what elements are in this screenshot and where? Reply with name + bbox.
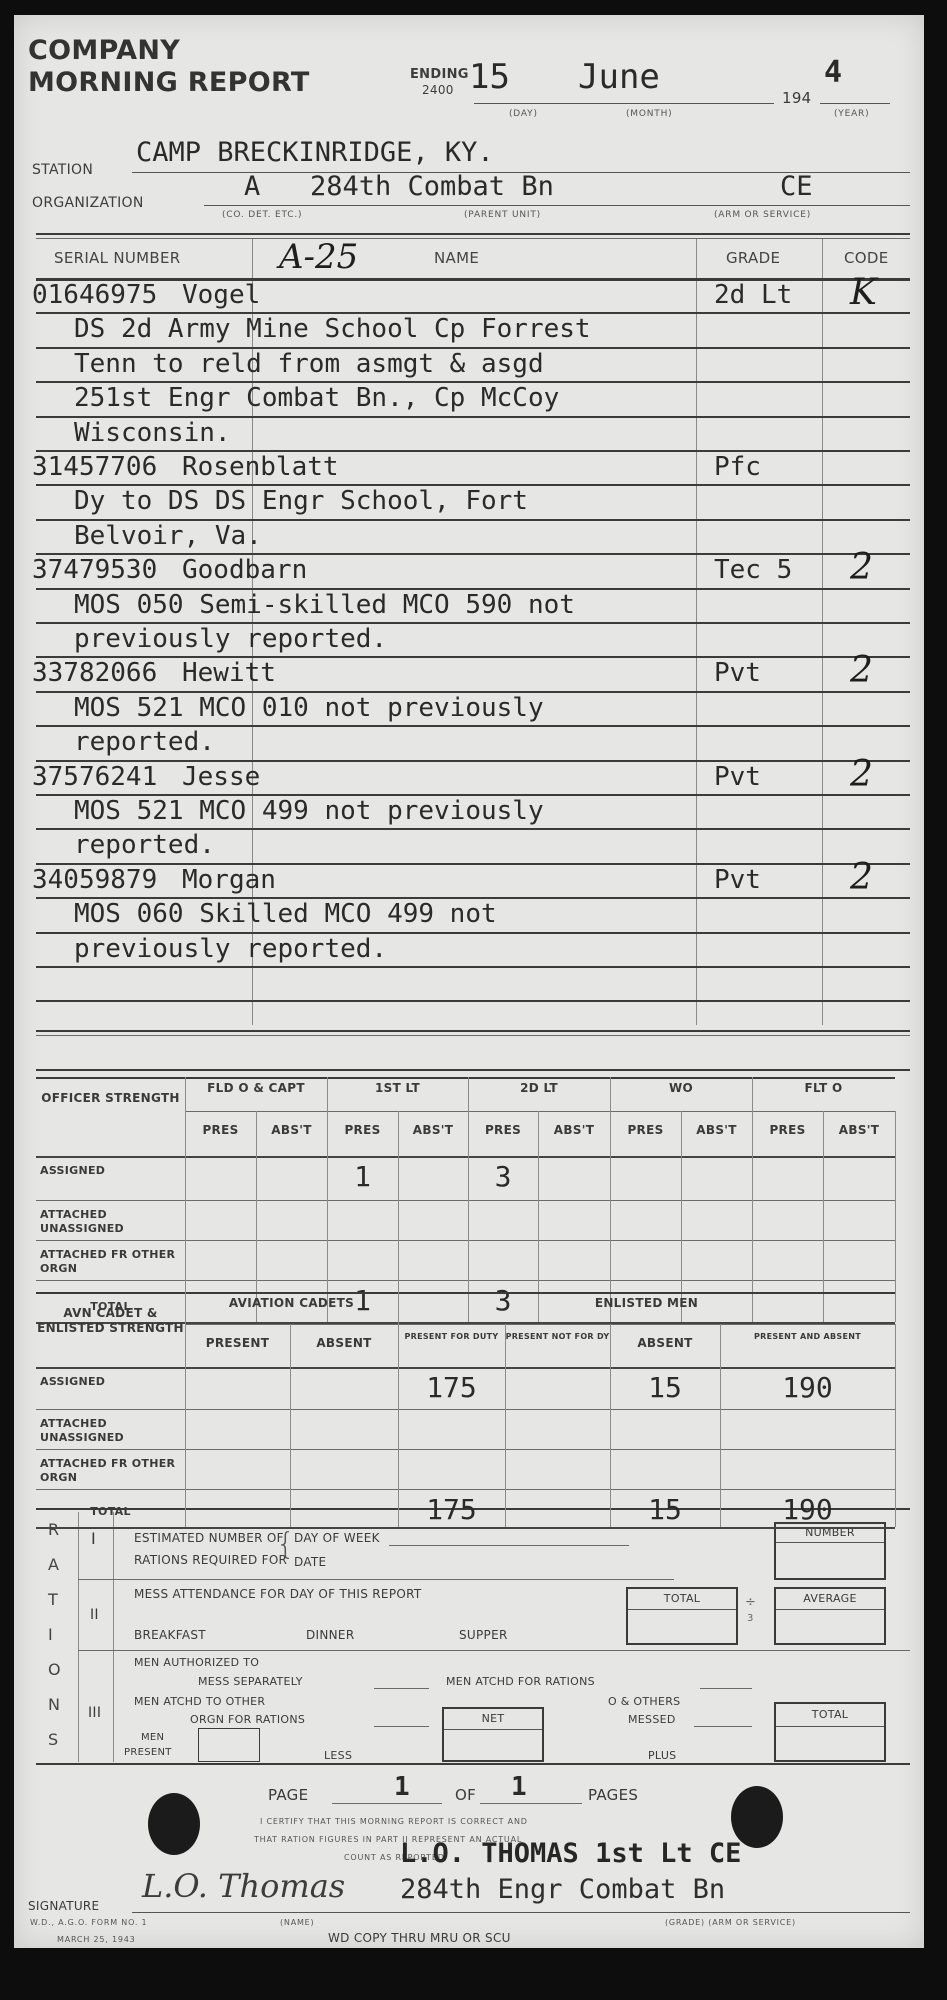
day-of-week-label: DAY OF WEEK xyxy=(294,1531,380,1545)
arm-caption: (ARM OR SERVICE) xyxy=(714,210,811,220)
officer-cell[interactable] xyxy=(681,1244,752,1278)
officer-cell[interactable] xyxy=(468,1244,538,1278)
officer-cell[interactable] xyxy=(185,1204,256,1238)
soldier-name: Morgan xyxy=(182,865,276,895)
officer-cell[interactable] xyxy=(681,1204,752,1238)
soldier-name: Jesse xyxy=(182,762,260,792)
men-present-box[interactable] xyxy=(198,1728,260,1762)
day-caption: (DAY) xyxy=(509,109,538,119)
roster-remark-row: MOS 521 MCO 499 not previously xyxy=(14,794,914,828)
officer-column-header: PRES xyxy=(468,1123,538,1137)
enlisted-cell[interactable] xyxy=(720,1413,895,1447)
enlisted-column-header: PRESENT AND ABSENT xyxy=(720,1330,895,1344)
mess-total-label: TOTAL xyxy=(628,1589,736,1610)
officer-cell[interactable] xyxy=(185,1160,256,1198)
roster-remark-row: Dy to DS DS Engr School, Fort xyxy=(14,484,914,518)
officer-cell[interactable] xyxy=(752,1204,823,1238)
soldier-name: Rosenblatt xyxy=(182,452,339,482)
enlisted-column-header: ABSENT xyxy=(290,1336,398,1350)
enlisted-cell[interactable] xyxy=(290,1371,398,1407)
roster-remark-row: DS 2d Army Mine School Cp Forrest xyxy=(14,312,914,346)
officer-column-header: ABS'T xyxy=(681,1123,752,1137)
officer-cell[interactable] xyxy=(256,1244,327,1278)
officer-title: OFFICER STRENGTH xyxy=(36,1091,185,1106)
signature-label: SIGNATURE xyxy=(28,1899,99,1913)
roster-entry-row: 31457706RosenblattPfc xyxy=(14,450,914,484)
enlisted-cell[interactable] xyxy=(185,1371,290,1407)
enlisted-cell[interactable] xyxy=(505,1493,610,1525)
officer-column-header: ABS'T xyxy=(823,1123,895,1137)
enlisted-cell[interactable]: 175 xyxy=(398,1493,505,1525)
code-mark: 2 xyxy=(850,650,873,691)
enlisted-cell[interactable] xyxy=(505,1371,610,1407)
part-3-numeral: III xyxy=(88,1705,101,1721)
enlisted-cell[interactable] xyxy=(720,1453,895,1487)
enlisted-cell[interactable] xyxy=(398,1413,505,1447)
dinner-label: DINNER xyxy=(306,1628,354,1642)
grade: 2d Lt xyxy=(714,280,792,310)
roster-remark-row: MOS 521 MCO 010 not previously xyxy=(14,691,914,725)
rations-side-letter: N xyxy=(48,1695,60,1714)
punch-hole-left-icon xyxy=(148,1793,200,1855)
remark-text: Tenn to reld from asmgt & asgd xyxy=(74,349,544,379)
rations-side-letter: R xyxy=(48,1520,59,1539)
roster-remark-row xyxy=(14,966,914,1000)
roster-remark-row: MOS 060 Skilled MCO 499 not xyxy=(14,897,914,931)
form-date: MARCH 25, 1943 xyxy=(57,1935,136,1944)
company-caption: (CO. DET. ETC.) xyxy=(222,210,302,220)
report-day: 15 xyxy=(469,57,510,97)
grade: Pfc xyxy=(714,452,761,482)
enlisted-cell[interactable] xyxy=(610,1453,720,1487)
grade-header: GRADE xyxy=(726,249,780,267)
morning-report-form: COMPANY MORNING REPORT ENDING 2400 15 Ju… xyxy=(14,15,924,1948)
roster-remark-row xyxy=(14,1000,914,1034)
month-caption: (MONTH) xyxy=(626,109,672,119)
enlisted-column-header: ABSENT xyxy=(610,1336,720,1350)
roster-remark-row: previously reported. xyxy=(14,622,914,656)
remark-text: Dy to DS DS Engr School, Fort xyxy=(74,486,528,516)
serial-number-header: SERIAL NUMBER xyxy=(54,249,180,267)
rations-side-letter: T xyxy=(48,1590,58,1609)
page-number: 1 xyxy=(394,1772,410,1802)
officer-column-header: PRES xyxy=(185,1123,256,1137)
officer-column-header: ABS'T xyxy=(538,1123,610,1137)
men-authorized-line2: MESS SEPARATELY xyxy=(198,1675,303,1688)
officer-column-header: ABS'T xyxy=(398,1123,468,1137)
roster-remark-row: Tenn to reld from asmgt & asgd xyxy=(14,347,914,381)
serial-number: 37576241 xyxy=(32,762,157,792)
roster-remark-row: 251st Engr Combat Bn., Cp McCoy xyxy=(14,381,914,415)
remark-text: 251st Engr Combat Bn., Cp McCoy xyxy=(74,383,559,413)
enlisted-cell[interactable]: 15 xyxy=(610,1493,720,1525)
men-present-line2: PRESENT xyxy=(124,1747,172,1758)
remark-text: previously reported. xyxy=(74,624,387,654)
soldier-name: Goodbarn xyxy=(182,555,307,585)
part-1-line2: RATIONS REQUIRED FOR xyxy=(134,1553,287,1567)
officer-cell[interactable] xyxy=(538,1160,610,1198)
enlisted-column-header: PRESENT NOT FOR DY xyxy=(505,1330,610,1344)
serial-number: 33782066 xyxy=(32,658,157,688)
roster-remark-row: Belvoir, Va. xyxy=(14,519,914,553)
year-caption: (YEAR) xyxy=(834,109,869,119)
enlisted-cell[interactable] xyxy=(505,1453,610,1487)
roster-remark-row: Wisconsin. xyxy=(14,416,914,450)
soldier-name: Vogel xyxy=(182,280,260,310)
average-box[interactable]: AVERAGE xyxy=(774,1587,886,1645)
remark-text: MOS 521 MCO 499 not previously xyxy=(74,796,544,826)
enlisted-cell[interactable] xyxy=(185,1493,290,1525)
serial-number: 37479530 xyxy=(32,555,157,585)
of-label: OF xyxy=(455,1786,476,1804)
divisor: 3 xyxy=(747,1613,754,1624)
roster-remark-row: previously reported. xyxy=(14,932,914,966)
officer-cell[interactable] xyxy=(538,1244,610,1278)
divide-icon: ÷ xyxy=(745,1595,756,1610)
officer-row-label: ATTACHED FR OTHER ORGN xyxy=(40,1248,181,1276)
officer-cell[interactable] xyxy=(327,1204,398,1238)
signer-unit: 284th Engr Combat Bn xyxy=(400,1874,725,1905)
enlisted-cell[interactable] xyxy=(505,1413,610,1447)
enlisted-row-label: ATTACHED FR OTHER ORGN xyxy=(40,1457,181,1485)
officer-cell[interactable] xyxy=(610,1204,681,1238)
men-present-line1: MEN xyxy=(141,1732,164,1743)
code-header: CODE xyxy=(844,249,889,267)
enlisted-group-header: ENLISTED MEN xyxy=(398,1296,895,1310)
enlisted-cell[interactable] xyxy=(290,1413,398,1447)
station-value: CAMP BRECKINRIDGE, KY. xyxy=(136,137,494,168)
grade: Pvt xyxy=(714,762,761,792)
enlisted-cell[interactable]: 175 xyxy=(398,1371,505,1407)
remark-text: MOS 521 MCO 010 not previously xyxy=(74,693,544,723)
roster-remark-row: MOS 050 Semi-skilled MCO 590 not xyxy=(14,588,914,622)
officer-cell[interactable] xyxy=(327,1244,398,1278)
serial-number: 01646975 xyxy=(32,280,157,310)
grade: Tec 5 xyxy=(714,555,792,585)
parent-caption: (PARENT UNIT) xyxy=(464,210,541,220)
org-parent-unit: 284th Combat Bn xyxy=(310,171,554,202)
remark-text: previously reported. xyxy=(74,934,387,964)
officer-cell[interactable] xyxy=(823,1160,895,1198)
officer-column-header: ABS'T xyxy=(256,1123,327,1137)
officer-group-header: 2D LT xyxy=(468,1081,610,1095)
date-label: DATE xyxy=(294,1555,326,1569)
officer-cell[interactable] xyxy=(752,1160,823,1198)
men-atchd-other-line1: MEN ATCHD TO OTHER xyxy=(134,1695,265,1708)
officer-cell[interactable] xyxy=(185,1244,256,1278)
serial-number: 34059879 xyxy=(32,865,157,895)
grade: Pvt xyxy=(714,658,761,688)
mess-attendance-title: MESS ATTENDANCE FOR DAY OF THIS REPORT xyxy=(134,1587,422,1601)
part-1-numeral: I xyxy=(91,1529,96,1548)
certify-line1: I CERTIFY THAT THIS MORNING REPORT IS CO… xyxy=(260,1817,528,1826)
page-total: 1 xyxy=(511,1772,527,1802)
officer-cell[interactable] xyxy=(681,1160,752,1198)
roster-remark-row: reported. xyxy=(14,725,914,759)
roster-entry-row: 33782066HewittPvt2 xyxy=(14,656,914,690)
men-authorized-line1: MEN AUTHORIZED TO xyxy=(134,1656,259,1669)
year-digit: 4 xyxy=(824,55,842,90)
less-label: LESS xyxy=(324,1749,352,1762)
officer-cell[interactable] xyxy=(256,1160,327,1198)
enlisted-title: AVN CADET & ENLISTED STRENGTH xyxy=(36,1306,185,1336)
form-title-line2: MORNING REPORT xyxy=(28,67,310,99)
roster-entry-row: 37576241JessePvt2 xyxy=(14,760,914,794)
officer-group-header: WO xyxy=(610,1081,752,1095)
remark-text: reported. xyxy=(74,830,215,860)
enlisted-cell[interactable] xyxy=(185,1413,290,1447)
remark-text: Belvoir, Va. xyxy=(74,521,262,551)
grade-arm-caption: (GRADE) (ARM OR SERVICE) xyxy=(665,1918,796,1927)
officer-group-header: 1ST LT xyxy=(327,1081,468,1095)
rations-side-letter: I xyxy=(48,1625,53,1644)
signature[interactable]: L.O. Thomas xyxy=(142,1867,345,1905)
ending-time: 2400 xyxy=(422,83,454,97)
enlisted-cell[interactable] xyxy=(610,1413,720,1447)
enlisted-cell[interactable] xyxy=(290,1453,398,1487)
officer-cell[interactable] xyxy=(610,1160,681,1198)
enlisted-column-header: PRESENT FOR DUTY xyxy=(398,1330,505,1344)
officer-cell[interactable] xyxy=(823,1244,895,1278)
men-atchd-other-line2: ORGN FOR RATIONS xyxy=(190,1713,305,1726)
enlisted-row-label: ASSIGNED xyxy=(40,1375,181,1389)
remark-text: MOS 050 Semi-skilled MCO 590 not xyxy=(74,590,575,620)
part-1-line1: ESTIMATED NUMBER OF xyxy=(134,1531,284,1545)
ending-label: ENDING xyxy=(410,67,469,82)
officer-cell[interactable] xyxy=(398,1204,468,1238)
organization-label: ORGANIZATION xyxy=(32,195,144,211)
roster-entry-row: 01646975Vogel2d LtK xyxy=(14,278,914,312)
station-label: STATION xyxy=(32,162,93,178)
soldier-name: Hewitt xyxy=(182,658,276,688)
officer-column-header: PRES xyxy=(610,1123,681,1137)
enlisted-column-header: PRESENT xyxy=(185,1336,290,1350)
page-label: PAGE xyxy=(268,1786,308,1804)
officer-cell[interactable] xyxy=(752,1244,823,1278)
name-caption: (NAME) xyxy=(280,1918,314,1927)
net-label: NET xyxy=(444,1709,542,1730)
enlisted-cell[interactable]: 15 xyxy=(610,1371,720,1407)
mess-total-box[interactable]: TOTAL xyxy=(626,1587,738,1645)
officer-cell[interactable]: 3 xyxy=(468,1160,538,1198)
enlisted-row-label: ATTACHED UNASSIGNED xyxy=(40,1417,181,1445)
remark-text: DS 2d Army Mine School Cp Forrest xyxy=(74,314,591,344)
others-line2: MESSED xyxy=(628,1713,676,1726)
rations-side-letter: A xyxy=(48,1555,59,1574)
code-mark: K xyxy=(850,272,877,313)
net-box[interactable]: NET xyxy=(442,1707,544,1762)
code-mark: 2 xyxy=(850,857,873,898)
breakfast-label: BREAKFAST xyxy=(134,1628,206,1642)
officer-column-header: PRES xyxy=(752,1123,823,1137)
officer-group-header: FLT O xyxy=(752,1081,895,1095)
roster-remark-row: reported. xyxy=(14,828,914,862)
officer-cell[interactable] xyxy=(398,1160,468,1198)
officer-row-label: ATTACHED UNASSIGNED xyxy=(40,1208,181,1236)
number-box[interactable]: NUMBER xyxy=(774,1522,886,1580)
rations-total-label: TOTAL xyxy=(776,1704,884,1727)
name-header: NAME xyxy=(434,249,479,267)
plus-label: PLUS xyxy=(648,1749,676,1762)
enlisted-cell[interactable]: 190 xyxy=(720,1493,895,1525)
code-mark: 2 xyxy=(850,754,873,795)
form-number: W.D., A.G.O. FORM NO. 1 xyxy=(30,1918,147,1927)
remark-text: reported. xyxy=(74,727,215,757)
officer-group-header: FLD O & CAPT xyxy=(185,1081,327,1095)
enlisted-cell[interactable] xyxy=(185,1453,290,1487)
brace-icon: { xyxy=(276,1527,295,1562)
form-title-line1: COMPANY xyxy=(28,35,180,67)
officer-cell[interactable]: 1 xyxy=(327,1160,398,1198)
enlisted-cell[interactable]: 190 xyxy=(720,1371,895,1407)
men-atchd-rations-label: MEN ATCHD FOR RATIONS xyxy=(446,1675,595,1688)
roster-entry-row: 37479530GoodbarnTec 52 xyxy=(14,553,914,587)
org-arm-service: CE xyxy=(780,171,813,202)
remark-text: MOS 060 Skilled MCO 499 not xyxy=(74,899,497,929)
enlisted-group-header: AVIATION CADETS xyxy=(185,1296,398,1310)
officer-cell[interactable] xyxy=(538,1204,610,1238)
average-label: AVERAGE xyxy=(776,1589,884,1610)
officer-cell[interactable] xyxy=(610,1244,681,1278)
remark-text: Wisconsin. xyxy=(74,418,231,448)
rations-side-letter: S xyxy=(48,1730,58,1749)
officer-cell[interactable] xyxy=(398,1244,468,1278)
officer-cell[interactable] xyxy=(256,1204,327,1238)
officer-cell[interactable] xyxy=(468,1204,538,1238)
pages-label: PAGES xyxy=(588,1786,638,1804)
code-mark: 2 xyxy=(850,547,873,588)
rations-side-letter: O xyxy=(48,1660,61,1679)
year-prefix: 194 xyxy=(782,89,812,107)
handwritten-reference: A-25 xyxy=(279,237,358,277)
officer-row-label: ASSIGNED xyxy=(40,1164,181,1178)
grade: Pvt xyxy=(714,865,761,895)
roster-entry-row: 34059879MorganPvt2 xyxy=(14,863,914,897)
rations-total-box[interactable]: TOTAL xyxy=(774,1702,886,1762)
org-company: A xyxy=(244,171,260,202)
report-month: June xyxy=(578,57,660,97)
others-line1: O & OTHERS xyxy=(608,1695,680,1708)
officer-cell[interactable] xyxy=(823,1204,895,1238)
copy-note: WD COPY THRU MRU OR SCU xyxy=(328,1931,511,1945)
enlisted-row-label: TOTAL xyxy=(40,1505,181,1519)
supper-label: SUPPER xyxy=(459,1628,508,1642)
signer-name-grade: L.O. THOMAS 1st Lt CE xyxy=(400,1838,741,1869)
serial-number: 31457706 xyxy=(32,452,157,482)
officer-column-header: PRES xyxy=(327,1123,398,1137)
enlisted-cell[interactable] xyxy=(398,1453,505,1487)
enlisted-cell[interactable] xyxy=(290,1493,398,1525)
part-2-numeral: II xyxy=(90,1607,99,1623)
